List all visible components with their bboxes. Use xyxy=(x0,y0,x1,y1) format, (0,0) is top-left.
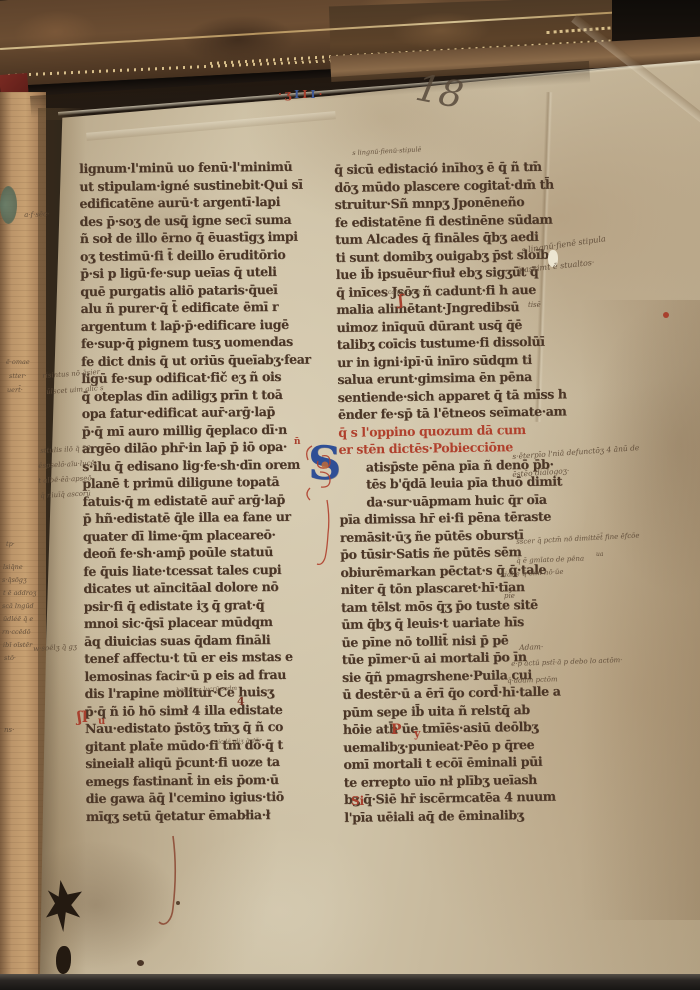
edge-note: stō· xyxy=(4,654,16,662)
parchment-hole xyxy=(56,946,71,974)
marginal-note: Adam· xyxy=(519,642,543,652)
edge-note: tp· xyxy=(6,540,15,548)
edge-note: ūdléē q̄ e xyxy=(3,615,33,623)
manuscript-photograph: ·ʒIII· 18 lignum·l'minū uo fenū·l'minimū… xyxy=(0,0,700,990)
edge-note: ns· xyxy=(4,726,14,734)
edge-note: rn·ccēdō xyxy=(2,628,31,636)
quire-numeral-char: · xyxy=(319,88,326,101)
marginal-note: pīe xyxy=(504,592,515,600)
edge-note: uert̄· xyxy=(7,386,23,394)
red-speck xyxy=(663,312,669,318)
quire-numeral-char: · xyxy=(278,88,285,101)
quire-numeral-char: ʒ xyxy=(285,88,294,101)
text-line: l'pīa uēiali aq̄ de ēminalibʒ xyxy=(344,806,538,827)
quire-numeral: ·ʒIII· xyxy=(278,88,325,101)
marginal-note: ua xyxy=(596,551,603,558)
marginal-note: a·f·sēc· xyxy=(24,210,49,219)
rubric-mark: ʃl xyxy=(77,708,88,726)
rubric-mark: Si xyxy=(351,794,364,808)
rubric-mark: u xyxy=(98,716,105,727)
marginal-note: tisē xyxy=(528,301,541,309)
rubric-mark: ʃ xyxy=(398,291,404,309)
edge-note: scā lngūd xyxy=(2,602,34,610)
initial-filigree-icon xyxy=(300,438,350,568)
ink-speck xyxy=(176,901,180,905)
table-edge xyxy=(0,974,700,990)
text-column-right: q̄ sicū edistació inīhoʒ ē q̄ ñ tm̄dōʒ m… xyxy=(334,159,538,827)
rubric-mark: 4 xyxy=(237,695,245,708)
quire-numeral-char: I xyxy=(310,88,318,101)
edge-note: t ē addroʒ xyxy=(3,589,36,597)
rubric-mark: y xyxy=(414,727,420,740)
red-pen-stroke-icon xyxy=(150,834,200,944)
text-column-left: lignum·l'minū uo fenū·l'minimūut stipula… xyxy=(79,159,312,826)
edge-note: stter· xyxy=(9,372,27,380)
folio-number: 18 xyxy=(412,66,466,117)
edge-note: ē·omae xyxy=(6,358,30,366)
gutter-shadow xyxy=(38,108,86,974)
ink-speck xyxy=(137,960,144,966)
edge-note: lsiq̄ne xyxy=(3,563,23,571)
text-line: mīqʒ setū q̄etatur ēmabłia·ł xyxy=(86,806,312,826)
edge-note: s·q̄sōgʒ xyxy=(2,576,27,584)
green-stain xyxy=(0,186,17,224)
marginal-note: calaī · stēe xyxy=(388,289,421,296)
rubric-mark: n̄ xyxy=(294,437,301,447)
rubric-mark: P xyxy=(391,722,402,738)
edge-note: ibī oīstēr xyxy=(3,641,32,649)
